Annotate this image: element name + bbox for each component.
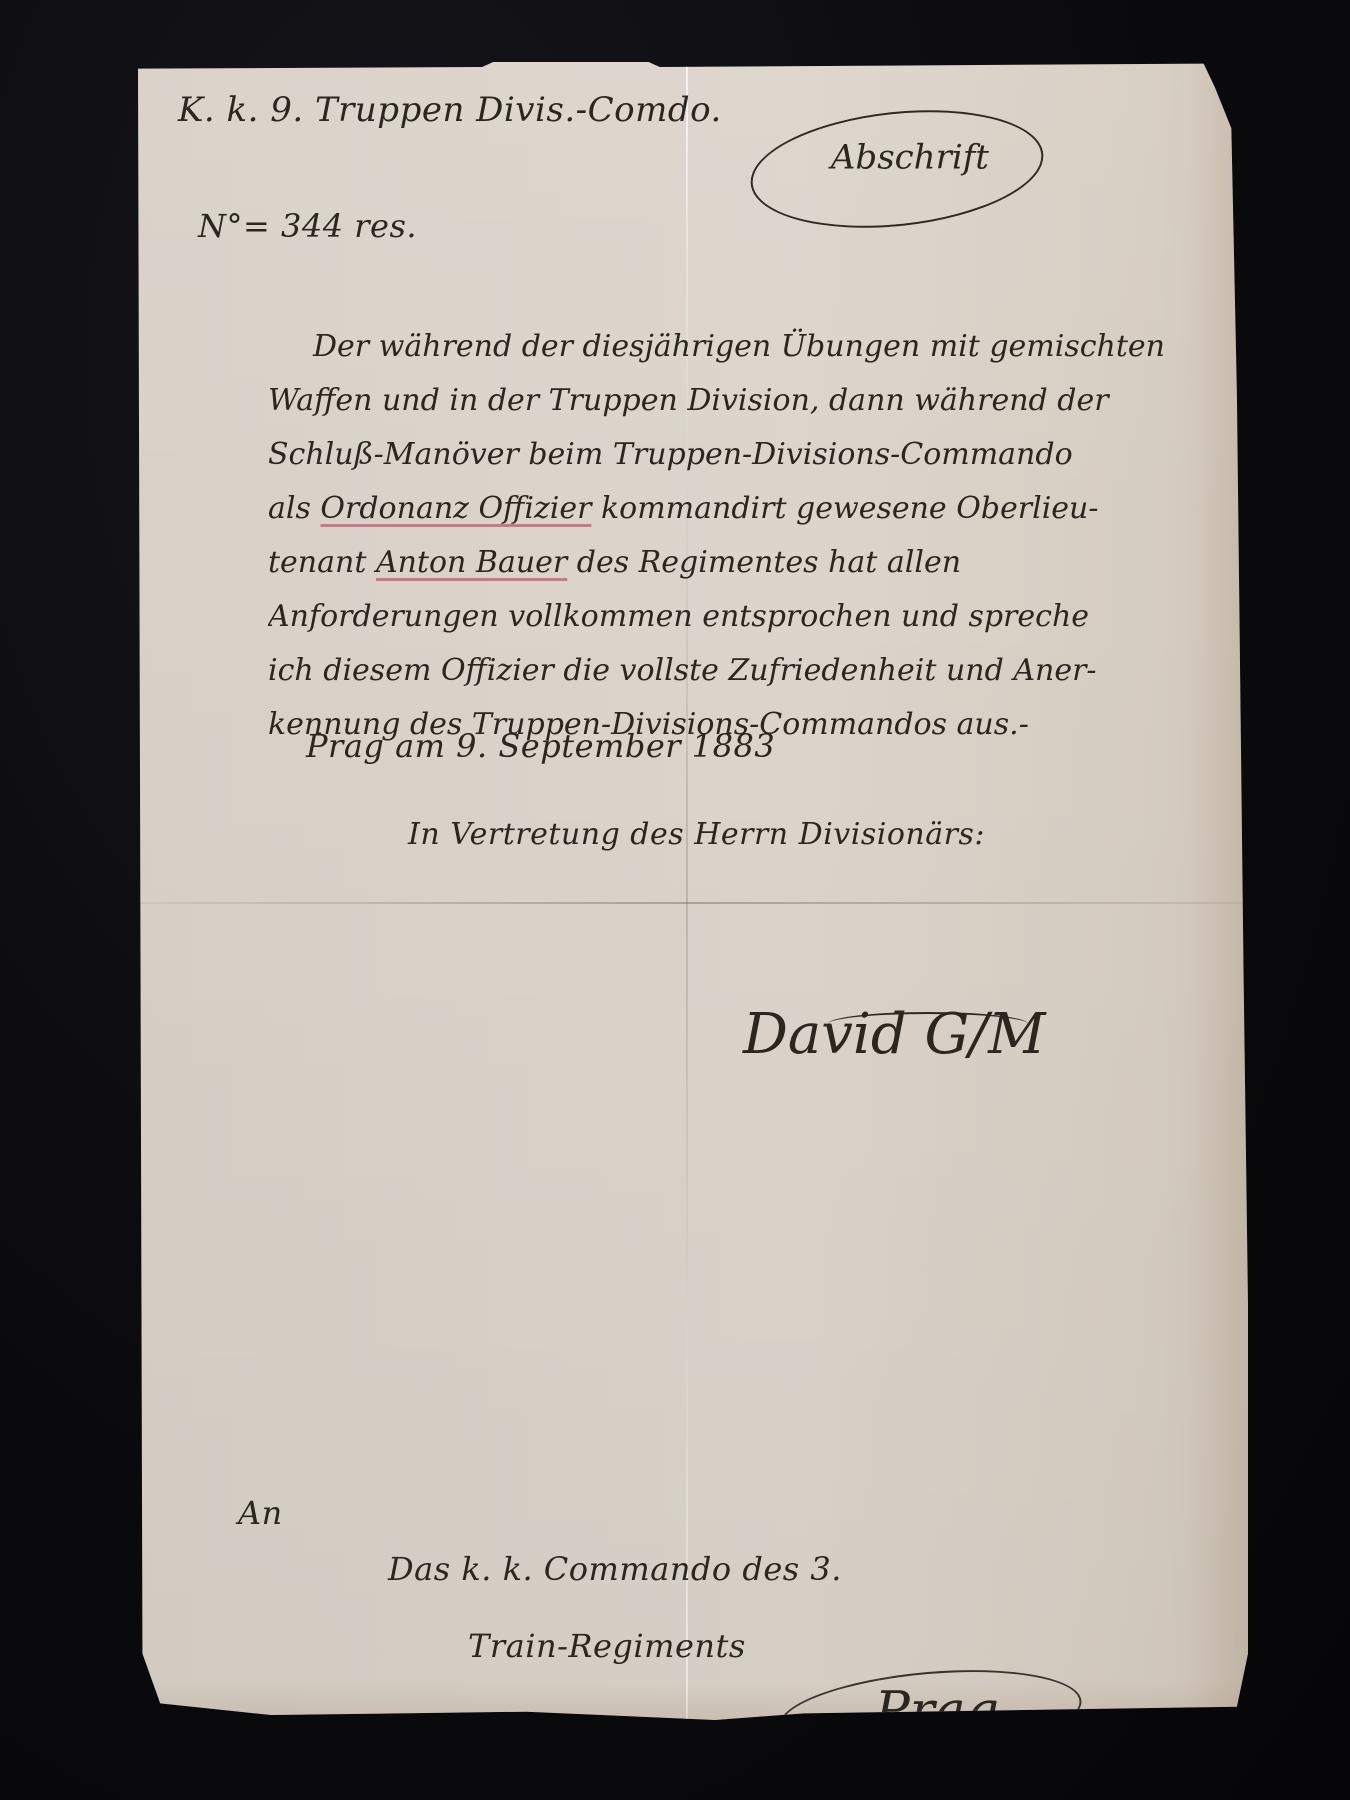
issuer-header: K. k. 9. Truppen Divis.-Comdo.	[178, 90, 722, 130]
body-line: ich diesem Offizier die vollste Zufriede…	[268, 644, 1198, 698]
body-line: Schluß-Manöver beim Truppen-Divisions-Co…	[268, 428, 1198, 482]
addressee-prefix: An	[238, 1494, 283, 1532]
highlight-ordonanz-offizier: Ordonanz Offizier	[320, 491, 591, 526]
body-line-with-highlight: als Ordonanz Offizier kommandirt gewesen…	[268, 482, 1198, 536]
horizontal-fold-crease	[138, 902, 1248, 904]
reference-number: N°= 344 res.	[198, 207, 417, 245]
addressee-line-1: Das k. k. Commando des 3.	[388, 1550, 842, 1588]
body-text: als	[268, 491, 320, 526]
letter-paper: K. k. 9. Truppen Divis.-Comdo. N°= 344 r…	[138, 62, 1248, 1720]
letter-body: Der während der diesjährigen Übungen mit…	[268, 320, 1198, 752]
body-text: des Regimentes hat allen	[577, 545, 961, 580]
place-and-date: Prag am 9. September 1883	[306, 727, 775, 765]
body-line: Der während der diesjährigen Übungen mit…	[268, 320, 1198, 374]
vertical-fold-crease	[686, 62, 688, 1720]
copy-stamp-label: Abschrift	[831, 138, 989, 178]
copy-stamp-oval: Abschrift	[745, 97, 1049, 241]
body-line-with-highlight: tenant Anton Bauer des Regimentes hat al…	[268, 536, 1198, 590]
body-line: Waffen und in der Truppen Division, dann…	[268, 374, 1198, 428]
body-text: kommandirt gewesene Oberlieu-	[601, 491, 1099, 526]
authority-line: In Vertretung des Herrn Divisionärs:	[408, 817, 985, 852]
body-text: tenant	[268, 545, 376, 580]
highlight-anton-bauer: Anton Bauer	[376, 545, 567, 580]
addressee-line-2: Train-Regiments	[468, 1627, 746, 1665]
body-line: Anforderungen vollkommen entsprochen und…	[268, 590, 1198, 644]
signature: David G/M	[743, 1002, 1045, 1067]
